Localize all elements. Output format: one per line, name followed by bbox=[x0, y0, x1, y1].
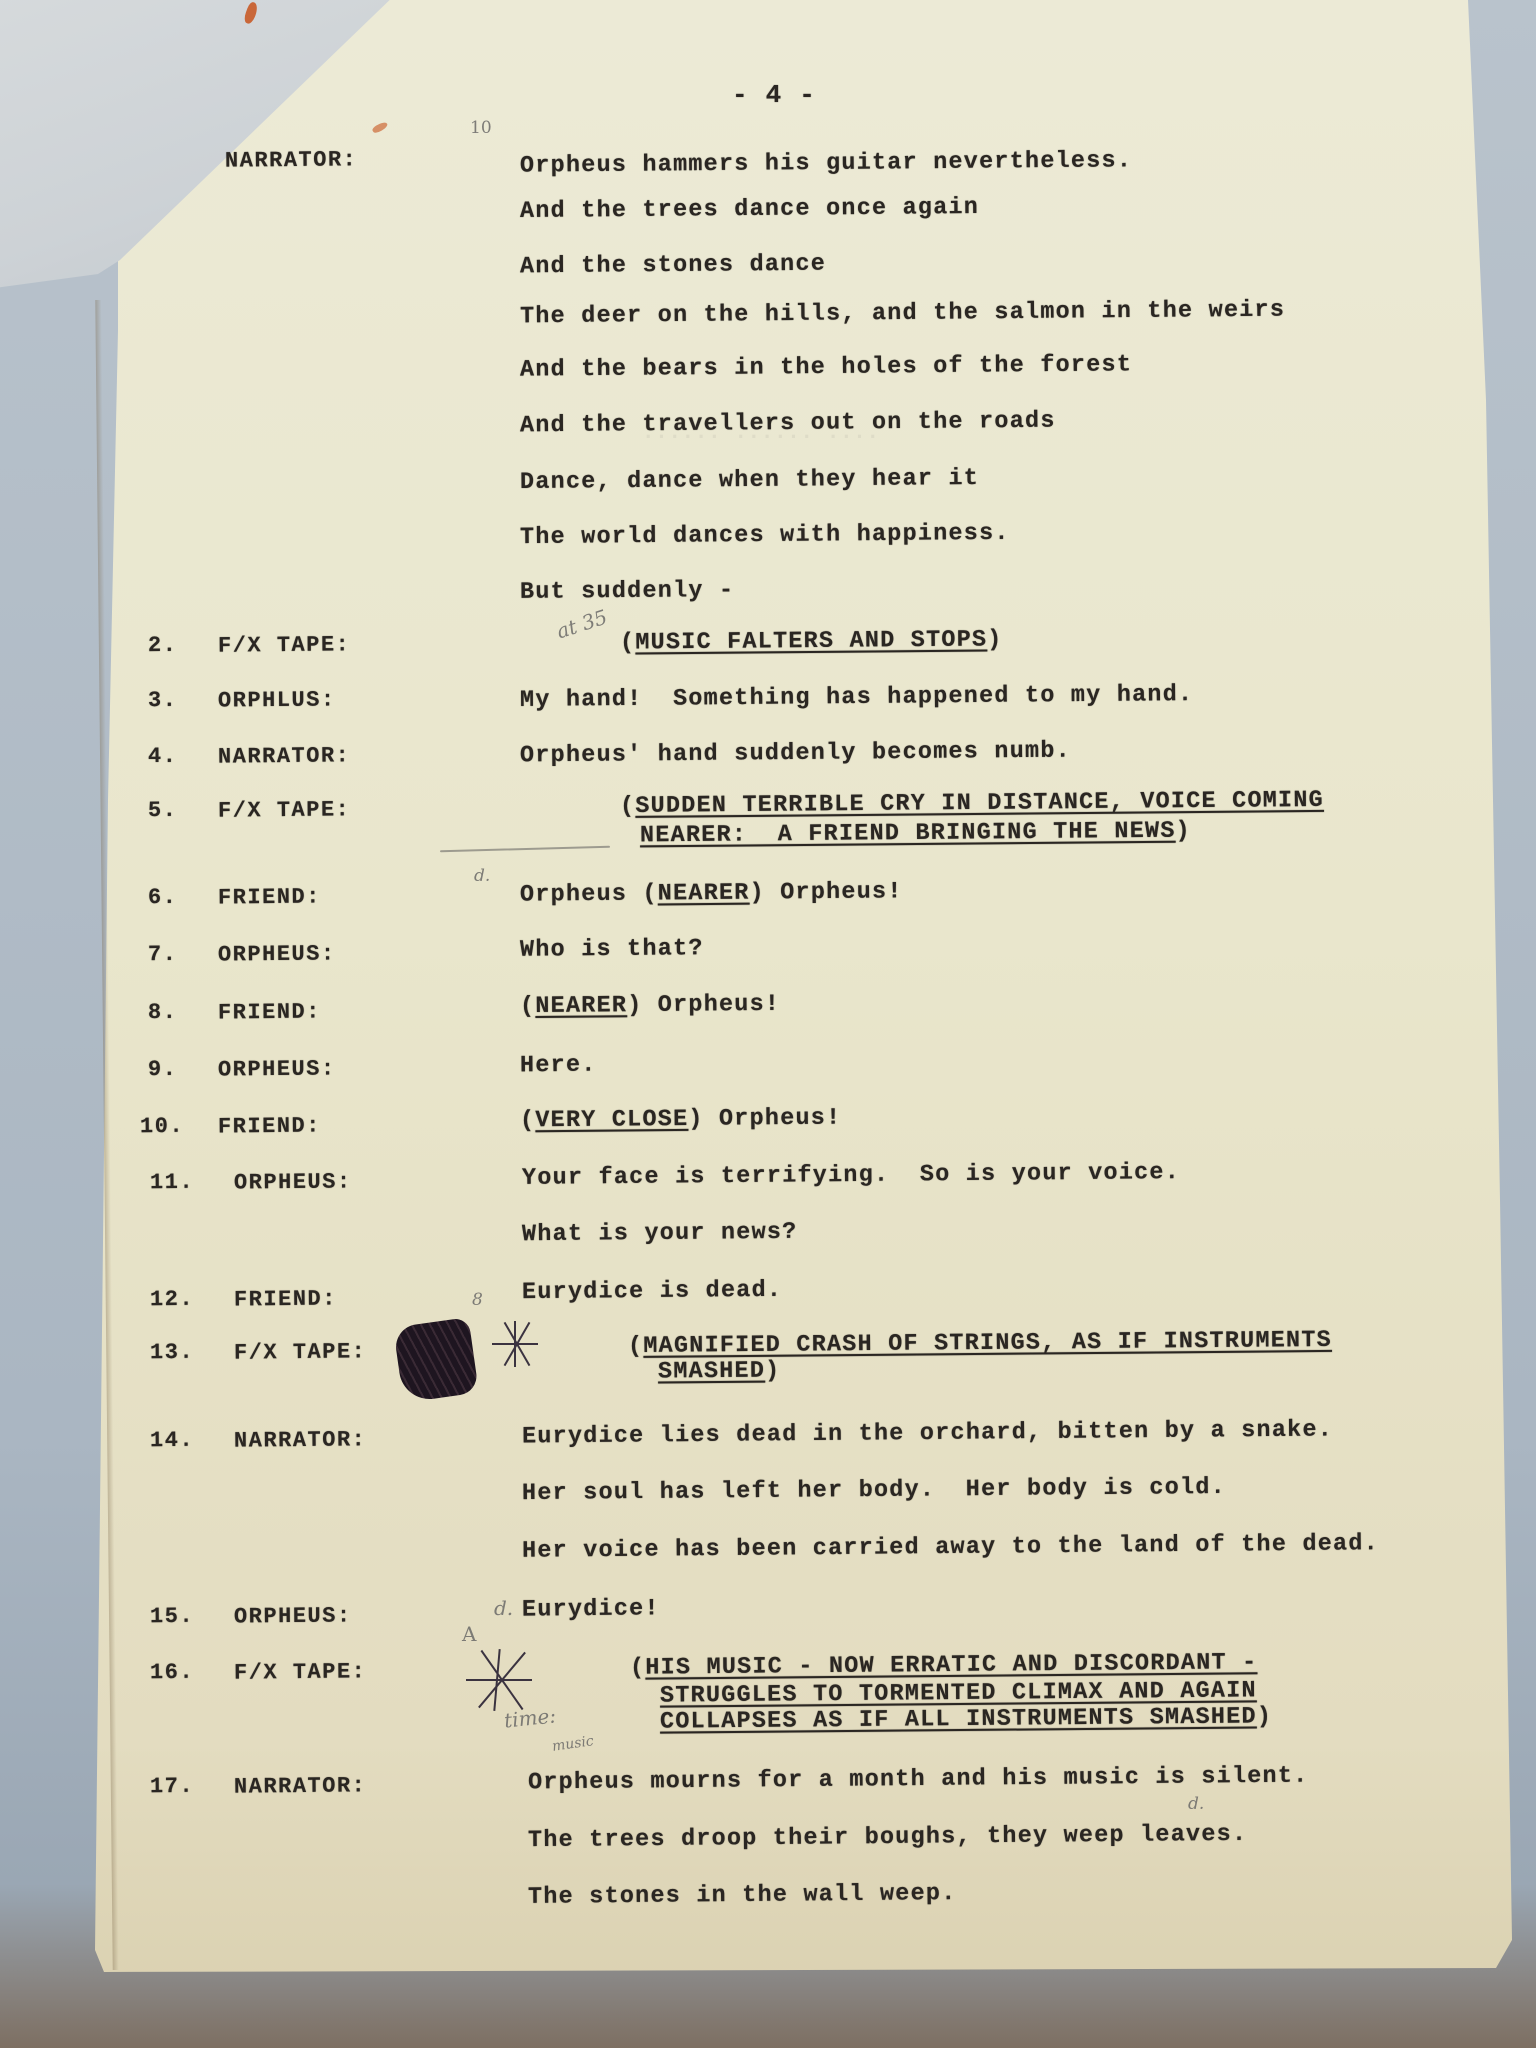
dialogue-line: Here. bbox=[520, 1052, 597, 1080]
speaker-label: FRIEND: bbox=[218, 1114, 321, 1140]
line-number: 6. bbox=[148, 885, 178, 910]
speaker-label: FRIEND: bbox=[234, 1287, 337, 1313]
line-number: 13. bbox=[150, 1340, 194, 1365]
line-number: 11. bbox=[150, 1170, 194, 1195]
speaker-label: NARRATOR: bbox=[218, 743, 351, 769]
line-number: 5. bbox=[148, 798, 178, 823]
asterisk-mark bbox=[466, 1644, 532, 1714]
line-number: 17. bbox=[150, 1774, 194, 1799]
dialogue-line: The world dances with happiness. bbox=[520, 520, 1010, 551]
line-number: 4. bbox=[148, 744, 178, 769]
speaker-label: NARRATOR: bbox=[225, 147, 358, 173]
dialogue-line: But suddenly - bbox=[520, 577, 734, 606]
speaker-label: ORPHLUS: bbox=[218, 687, 336, 713]
dialogue-line: Who is that? bbox=[520, 935, 704, 964]
line-number: 8. bbox=[148, 1000, 178, 1025]
dialogue-line: Eurydice! bbox=[522, 1595, 660, 1623]
dialogue-line: What is your news? bbox=[522, 1219, 798, 1248]
dialogue-line: The stones in the wall weep. bbox=[528, 1880, 957, 1911]
speaker-label: F/X TAPE: bbox=[218, 632, 351, 658]
line-number: 15. bbox=[150, 1604, 194, 1629]
speaker-label: F/X TAPE: bbox=[234, 1339, 367, 1365]
dialogue-line: (NEARER) Orpheus! bbox=[520, 991, 780, 1020]
sound-effect-direction: (MUSIC FALTERS AND STOPS) bbox=[620, 626, 1003, 656]
line-number: 3. bbox=[148, 688, 178, 713]
dialogue-line: And the trees dance once again bbox=[520, 194, 979, 225]
line-number: 7. bbox=[148, 942, 178, 967]
speaker-label: F/X TAPE: bbox=[234, 1659, 367, 1685]
speaker-label: NARRATOR: bbox=[234, 1773, 367, 1799]
dialogue-line: And the travellers out on the roads bbox=[520, 408, 1056, 440]
stage-cue: NEARER bbox=[535, 992, 627, 1020]
dialogue-line: Dance, dance when they hear it bbox=[520, 465, 979, 496]
line-number: 2. bbox=[148, 633, 178, 658]
line-number: 10. bbox=[140, 1114, 184, 1139]
margin-note: 8 bbox=[472, 1290, 483, 1310]
speaker-label: ORPHEUS: bbox=[234, 1169, 352, 1195]
speaker-label: NARRATOR: bbox=[234, 1427, 367, 1453]
line-number: 12. bbox=[150, 1287, 194, 1312]
sound-effect-direction: SMASHED) bbox=[658, 1357, 781, 1385]
sound-effect-direction: COLLAPSES AS IF ALL INSTRUMENTS SMASHED) bbox=[660, 1703, 1272, 1735]
dialogue-line: And the stones dance bbox=[520, 251, 826, 281]
dialogue-line: Your face is terrifying. So is your voic… bbox=[522, 1159, 1180, 1192]
margin-note: 10 bbox=[470, 118, 492, 138]
dialogue-line: Eurydice is dead. bbox=[522, 1277, 782, 1306]
line-number: 16. bbox=[150, 1660, 194, 1685]
margin-note: d. bbox=[494, 1596, 513, 1620]
dialogue-line: Orpheus (NEARER) Orpheus! bbox=[520, 878, 903, 908]
margin-note: d. bbox=[474, 866, 490, 886]
dialogue-line: Orpheus' hand suddenly becomes numb. bbox=[520, 738, 1071, 770]
stage-cue: VERY CLOSE bbox=[535, 1106, 688, 1134]
speaker-label: ORPHEUS: bbox=[218, 1056, 336, 1082]
margin-note: d. bbox=[1188, 1794, 1204, 1814]
asterisk-mark bbox=[492, 1318, 538, 1368]
sound-effect-direction: (HIS MUSIC - NOW ERRATIC AND DISCORDANT … bbox=[630, 1649, 1258, 1681]
speaker-label: F/X TAPE: bbox=[218, 797, 351, 823]
speaker-label: FRIEND: bbox=[218, 885, 321, 911]
dialogue-line: Orpheus hammers his guitar nevertheless. bbox=[520, 147, 1132, 179]
speaker-label: ORPHEUS: bbox=[234, 1603, 352, 1629]
dialogue-line: And the bears in the holes of the forest bbox=[520, 351, 1132, 383]
sound-effect-direction: NEARER: A FRIEND BRINGING THE NEWS) bbox=[640, 818, 1191, 850]
line-number: 14. bbox=[150, 1428, 194, 1453]
stage-cue: NEARER bbox=[658, 880, 750, 908]
dialogue-line: (VERY CLOSE) Orpheus! bbox=[520, 1105, 842, 1135]
speaker-label: FRIEND: bbox=[218, 1000, 321, 1026]
page-number: - 4 - bbox=[732, 80, 816, 110]
margin-note: A bbox=[462, 1622, 476, 1646]
speaker-label: ORPHEUS: bbox=[218, 941, 336, 967]
line-number: 9. bbox=[148, 1057, 178, 1082]
